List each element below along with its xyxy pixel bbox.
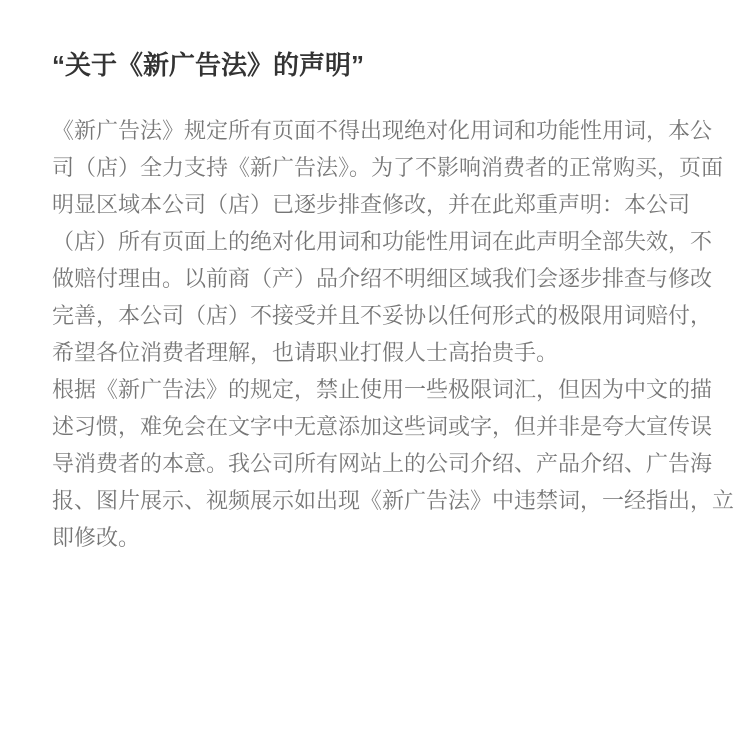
statement-line: 做赔付理由。以前商（产）品介绍不明细区域我们会逐步排查与修改 [52, 260, 698, 297]
statement-line: 明显区域本公司（店）已逐步排查修改，并在此郑重声明：本公司 [52, 186, 698, 223]
statement-line: 根据《新广告法》的规定，禁止使用一些极限词汇，但因为中文的描 [52, 371, 698, 408]
statement-line: 完善，本公司（店）不接受并且不妥协以任何形式的极限用词赔付， [52, 297, 698, 334]
statement-line: 司（店）全力支持《新广告法》。为了不影响消费者的正常购买，页面 [52, 149, 698, 186]
statement-line: 《新广告法》规定所有页面不得出现绝对化用词和功能性用词，本公 [52, 112, 698, 149]
statement-line: 报、图片展示、视频展示如出现《新广告法》中违禁词，一经指出，立 [52, 482, 698, 519]
statement-line: 述习惯，难免会在文字中无意添加这些词或字，但并非是夸大宣传误 [52, 408, 698, 445]
statement-line: 希望各位消费者理解，也请职业打假人士高抬贵手。 [52, 334, 698, 371]
statement-line: （店）所有页面上的绝对化用词和功能性用词在此声明全部失效，不 [52, 223, 698, 260]
statement-title: “关于《新广告法》的声明” [52, 51, 698, 81]
statement-line: 导消费者的本意。我公司所有网站上的公司介绍、产品介绍、广告海 [52, 445, 698, 482]
statement-line: 即修改。 [52, 519, 698, 556]
statement-page: “关于《新广告法》的声明” 《新广告法》规定所有页面不得出现绝对化用词和功能性用… [0, 0, 750, 734]
statement-paragraph-1: 《新广告法》规定所有页面不得出现绝对化用词和功能性用词，本公 司（店）全力支持《… [52, 112, 698, 371]
statement-paragraph-2: 根据《新广告法》的规定，禁止使用一些极限词汇，但因为中文的描 述习惯，难免会在文… [52, 371, 698, 556]
